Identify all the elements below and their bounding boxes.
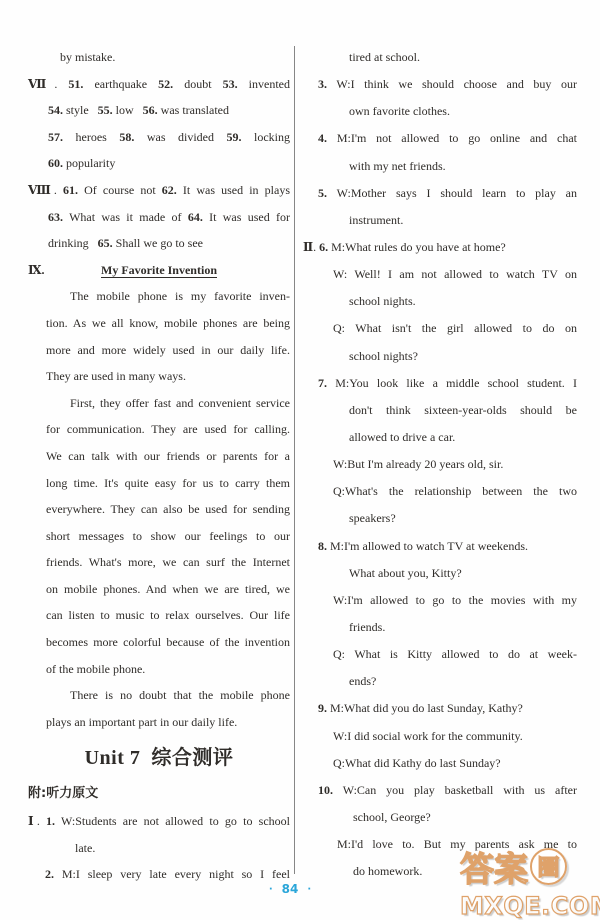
- essay-title: Ⅸ.My Favorite Invention: [28, 257, 290, 284]
- text-line: on mobile phones. And when we are tired,…: [46, 576, 290, 603]
- text-line: speakers?: [349, 505, 577, 532]
- footer-dot-left: ·: [269, 884, 273, 895]
- text-line: school nights?: [349, 343, 577, 370]
- text-line: ends?: [349, 668, 577, 695]
- text-line: First, they offer fast and convenient se…: [70, 390, 290, 417]
- text-line: long time. It's quite easy for us to car…: [46, 470, 290, 497]
- watermark-circle-logo-icon: 圈: [530, 848, 567, 885]
- text-line: more and more widely used in our daily l…: [46, 337, 290, 364]
- text-line: Ⅶ. 51. earthquake 52. doubt 53. invented: [28, 71, 290, 98]
- text-line: 7. M:You look like a middle school stude…: [318, 370, 577, 397]
- text-line: allowed to drive a car.: [349, 424, 577, 451]
- text-line: W:But I'm already 20 years old, sir.: [333, 451, 577, 478]
- text-line: Q:What's the relationship between the tw…: [333, 478, 577, 505]
- text-line: W:I did social work for the community.: [333, 723, 577, 750]
- text-line: Q: What isn't the girl allowed to do on: [333, 315, 577, 342]
- column-divider-line: [294, 46, 295, 874]
- text-line: 10. W:Can you play basketball with us af…: [318, 777, 577, 804]
- text-line: 5. W:Mother says I should learn to play …: [318, 180, 577, 207]
- right-text-column: tired at school.3. W:I think we should c…: [303, 0, 577, 885]
- text-line: late.: [75, 835, 290, 862]
- text-line: The mobile phone is my favorite inven-: [70, 283, 290, 310]
- page-footer: ·84·: [230, 879, 350, 899]
- unit-heading: Unit 7 综合测评: [28, 735, 290, 781]
- watermark-site-url: MXQE.COM: [460, 892, 600, 920]
- text-line: drinking 65. Shall we go to see: [48, 230, 290, 257]
- text-line: own favorite clothes.: [349, 98, 577, 125]
- text-line: tired at school.: [349, 44, 577, 71]
- listening-script-label: 附:听力原文: [28, 781, 290, 808]
- text-line: everywhere. They can also be used for se…: [46, 496, 290, 523]
- text-line: friends.: [349, 614, 577, 641]
- text-line: friends. What's more, we can surf the In…: [46, 549, 290, 576]
- footer-dot-right: ·: [307, 884, 311, 895]
- text-line: instrument.: [349, 207, 577, 234]
- text-line: W: Well! I am not allowed to watch TV on: [333, 261, 577, 288]
- section-numeral: Ⅸ.: [28, 257, 45, 284]
- watermark-circled-char: 圈: [537, 851, 559, 882]
- watermark-brand-text: 答案: [460, 842, 528, 891]
- text-line: tion. As we all know, mobile phones are …: [46, 310, 290, 337]
- text-line: What about you, Kitty?: [349, 560, 577, 587]
- text-line: 9. M:What did you do last Sunday, Kathy?: [318, 695, 577, 722]
- text-line: 57. heroes 58. was divided 59. locking: [48, 124, 290, 151]
- page-number: 84: [282, 882, 299, 896]
- text-line: school, George?: [353, 804, 577, 831]
- text-line: There is no doubt that the mobile phone: [70, 682, 290, 709]
- text-line: 54. style 55. low 56. was translated: [48, 97, 290, 124]
- scanned-page: by mistake.Ⅶ. 51. earthquake 52. doubt 5…: [0, 0, 600, 920]
- text-line: becomes more colorful because of the inv…: [46, 629, 290, 656]
- text-line: Q: What is Kitty allowed to do at week-: [333, 641, 577, 668]
- left-text-column: by mistake.Ⅶ. 51. earthquake 52. doubt 5…: [28, 0, 290, 888]
- text-line: for communication. They are used for cal…: [46, 416, 290, 443]
- text-line: 60. popularity: [48, 150, 290, 177]
- watermark: 答案 圈 MXQE.COM: [460, 842, 600, 920]
- text-line: Q:What did Kathy do last Sunday?: [333, 750, 577, 777]
- text-line: 8. M:I'm allowed to watch TV at weekends…: [318, 533, 577, 560]
- text-line: school nights.: [349, 288, 577, 315]
- text-line: with my net friends.: [349, 153, 577, 180]
- text-line: 4. M:I'm not allowed to go online and ch…: [318, 125, 577, 152]
- text-line: short messages to show our feelings to o…: [46, 523, 290, 550]
- text-line: plays an important part in our daily lif…: [46, 709, 290, 736]
- text-line: 3. W:I think we should choose and buy ou…: [318, 71, 577, 98]
- text-line: can listen to music to relax ourselves. …: [46, 602, 290, 629]
- text-line: They are used in many ways.: [46, 363, 290, 390]
- text-line: Ⅱ. 6. M:What rules do you have at home?: [303, 234, 577, 261]
- text-line: Ⅷ. 61. Of course not 62. It was used in …: [28, 177, 290, 204]
- text-line: don't think sixteen-year-olds should be: [349, 397, 577, 424]
- watermark-brand: 答案 圈: [460, 842, 600, 891]
- text-line: of the mobile phone.: [46, 656, 290, 683]
- text-line: by mistake.: [60, 44, 290, 71]
- text-line: We can talk with our friends or parents …: [46, 443, 290, 470]
- text-line: Ⅰ. 1. W:Students are not allowed to go t…: [28, 808, 290, 835]
- text-line: 63. What was it made of 64. It was used …: [48, 204, 290, 231]
- text-line: W:I'm allowed to go to the movies with m…: [333, 587, 577, 614]
